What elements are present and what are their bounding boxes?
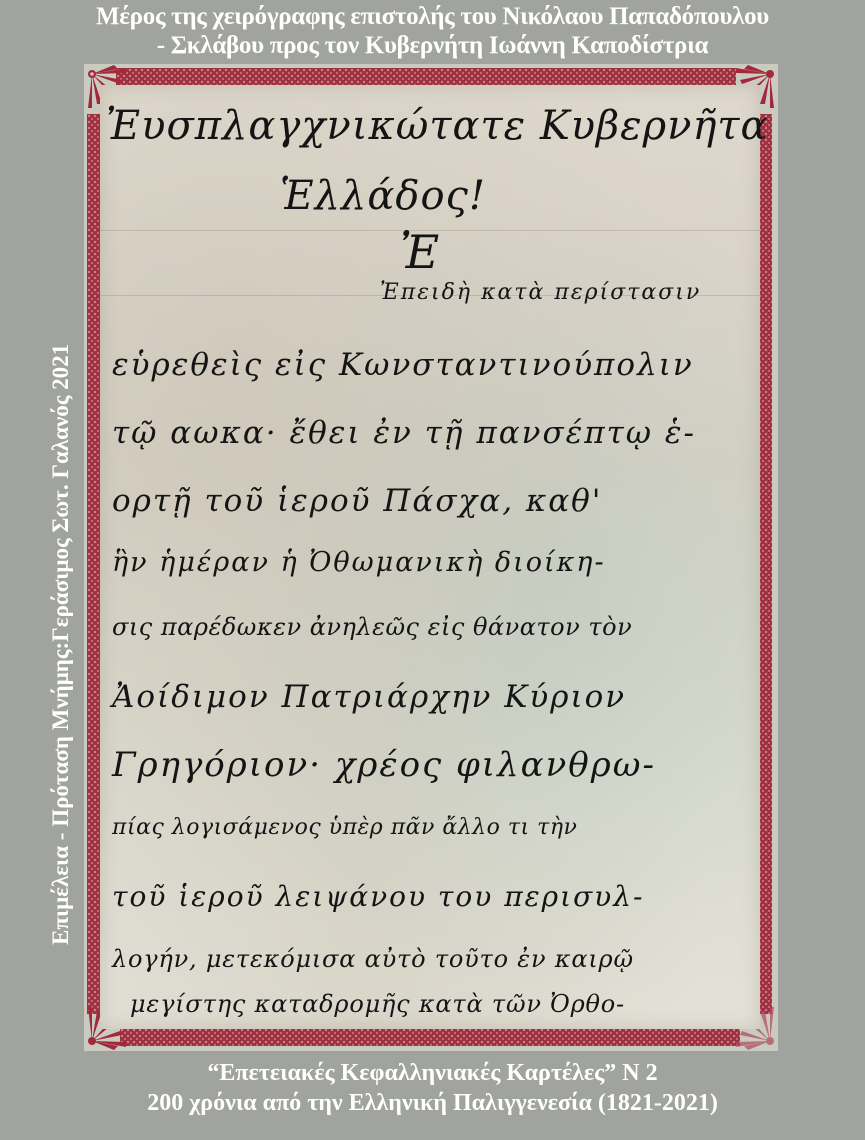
manuscript-line: λογήν, μετεκόμισα αὐτὸ τοῦτο ἐν καιρῷ — [112, 945, 772, 973]
manuscript-line: Ἑλλάδος! — [280, 173, 865, 219]
frame-border-bottom — [120, 1028, 740, 1046]
frame-border-top — [116, 68, 736, 86]
manuscript-line: Ἐ — [400, 225, 865, 279]
manuscript-line: τῷ αωκα· ἔθει ἐν τῇ πανσέπτῳ ἑ- — [112, 415, 772, 451]
frame-border-left — [87, 114, 100, 1014]
vertical-credit: Επιμέλεια - Πρόταση Μνήμης:Γεράσιμος Σωτ… — [48, 344, 74, 945]
manuscript-line: μεγίστης καταδρομῆς κατὰ τῶν Ὀρθο- — [130, 990, 790, 1018]
manuscript-line: εὑρεθεὶς εἰς Κωνσταντινούπολιν — [112, 347, 772, 383]
manuscript-line: Ἀοίδιμον Πατριάρχην Κύριον — [112, 679, 772, 715]
title-line-2: - Σκλάβου προς τον Κυβερνήτη Ιωάννη Καπο… — [0, 31, 865, 60]
manuscript-page: Ἐυσπλαγχνικώτατε Κυβερνῆτα Ἑλλάδος! Ἐ Ἐπ… — [100, 85, 760, 1029]
manuscript-line: σις παρέδωκεν ἀνηλεῶς εἰς θάνατον τὸν — [112, 613, 772, 641]
manuscript-line: Γρηγόριον· χρέος φιλανθρω- — [112, 745, 772, 785]
footer-line-2: 200 χρόνια από την Ελληνική Παλιγγενεσία… — [0, 1088, 865, 1118]
manuscript-line: Ἐπειδὴ κατὰ περίστασιν — [380, 280, 865, 305]
manuscript-line: τοῦ ἱεροῦ λειψάνου του περισυλ- — [112, 880, 772, 913]
manuscript-line: πίας λογισάμενος ὑπὲρ πᾶν ἄλλο τι τὴν — [112, 815, 772, 840]
manuscript-line: Ἐυσπλαγχνικώτατε Κυβερνῆτα — [106, 103, 766, 149]
manuscript-line: ορτῇ τοῦ ἱεροῦ Πάσχα, καθ' — [112, 483, 772, 519]
footer-caption: “Επετειακές Κεφαλληνιακές Καρτέλες” Ν 2 … — [0, 1058, 865, 1118]
page-title: Μέρος της χειρόγραφης επιστολής του Νικό… — [0, 2, 865, 60]
manuscript-line: ἣν ἡμέραν ἡ Ὀθωμανικὴ διοίκη- — [112, 547, 772, 578]
footer-line-1: “Επετειακές Κεφαλληνιακές Καρτέλες” Ν 2 — [0, 1058, 865, 1088]
title-line-1: Μέρος της χειρόγραφης επιστολής του Νικό… — [0, 2, 865, 31]
